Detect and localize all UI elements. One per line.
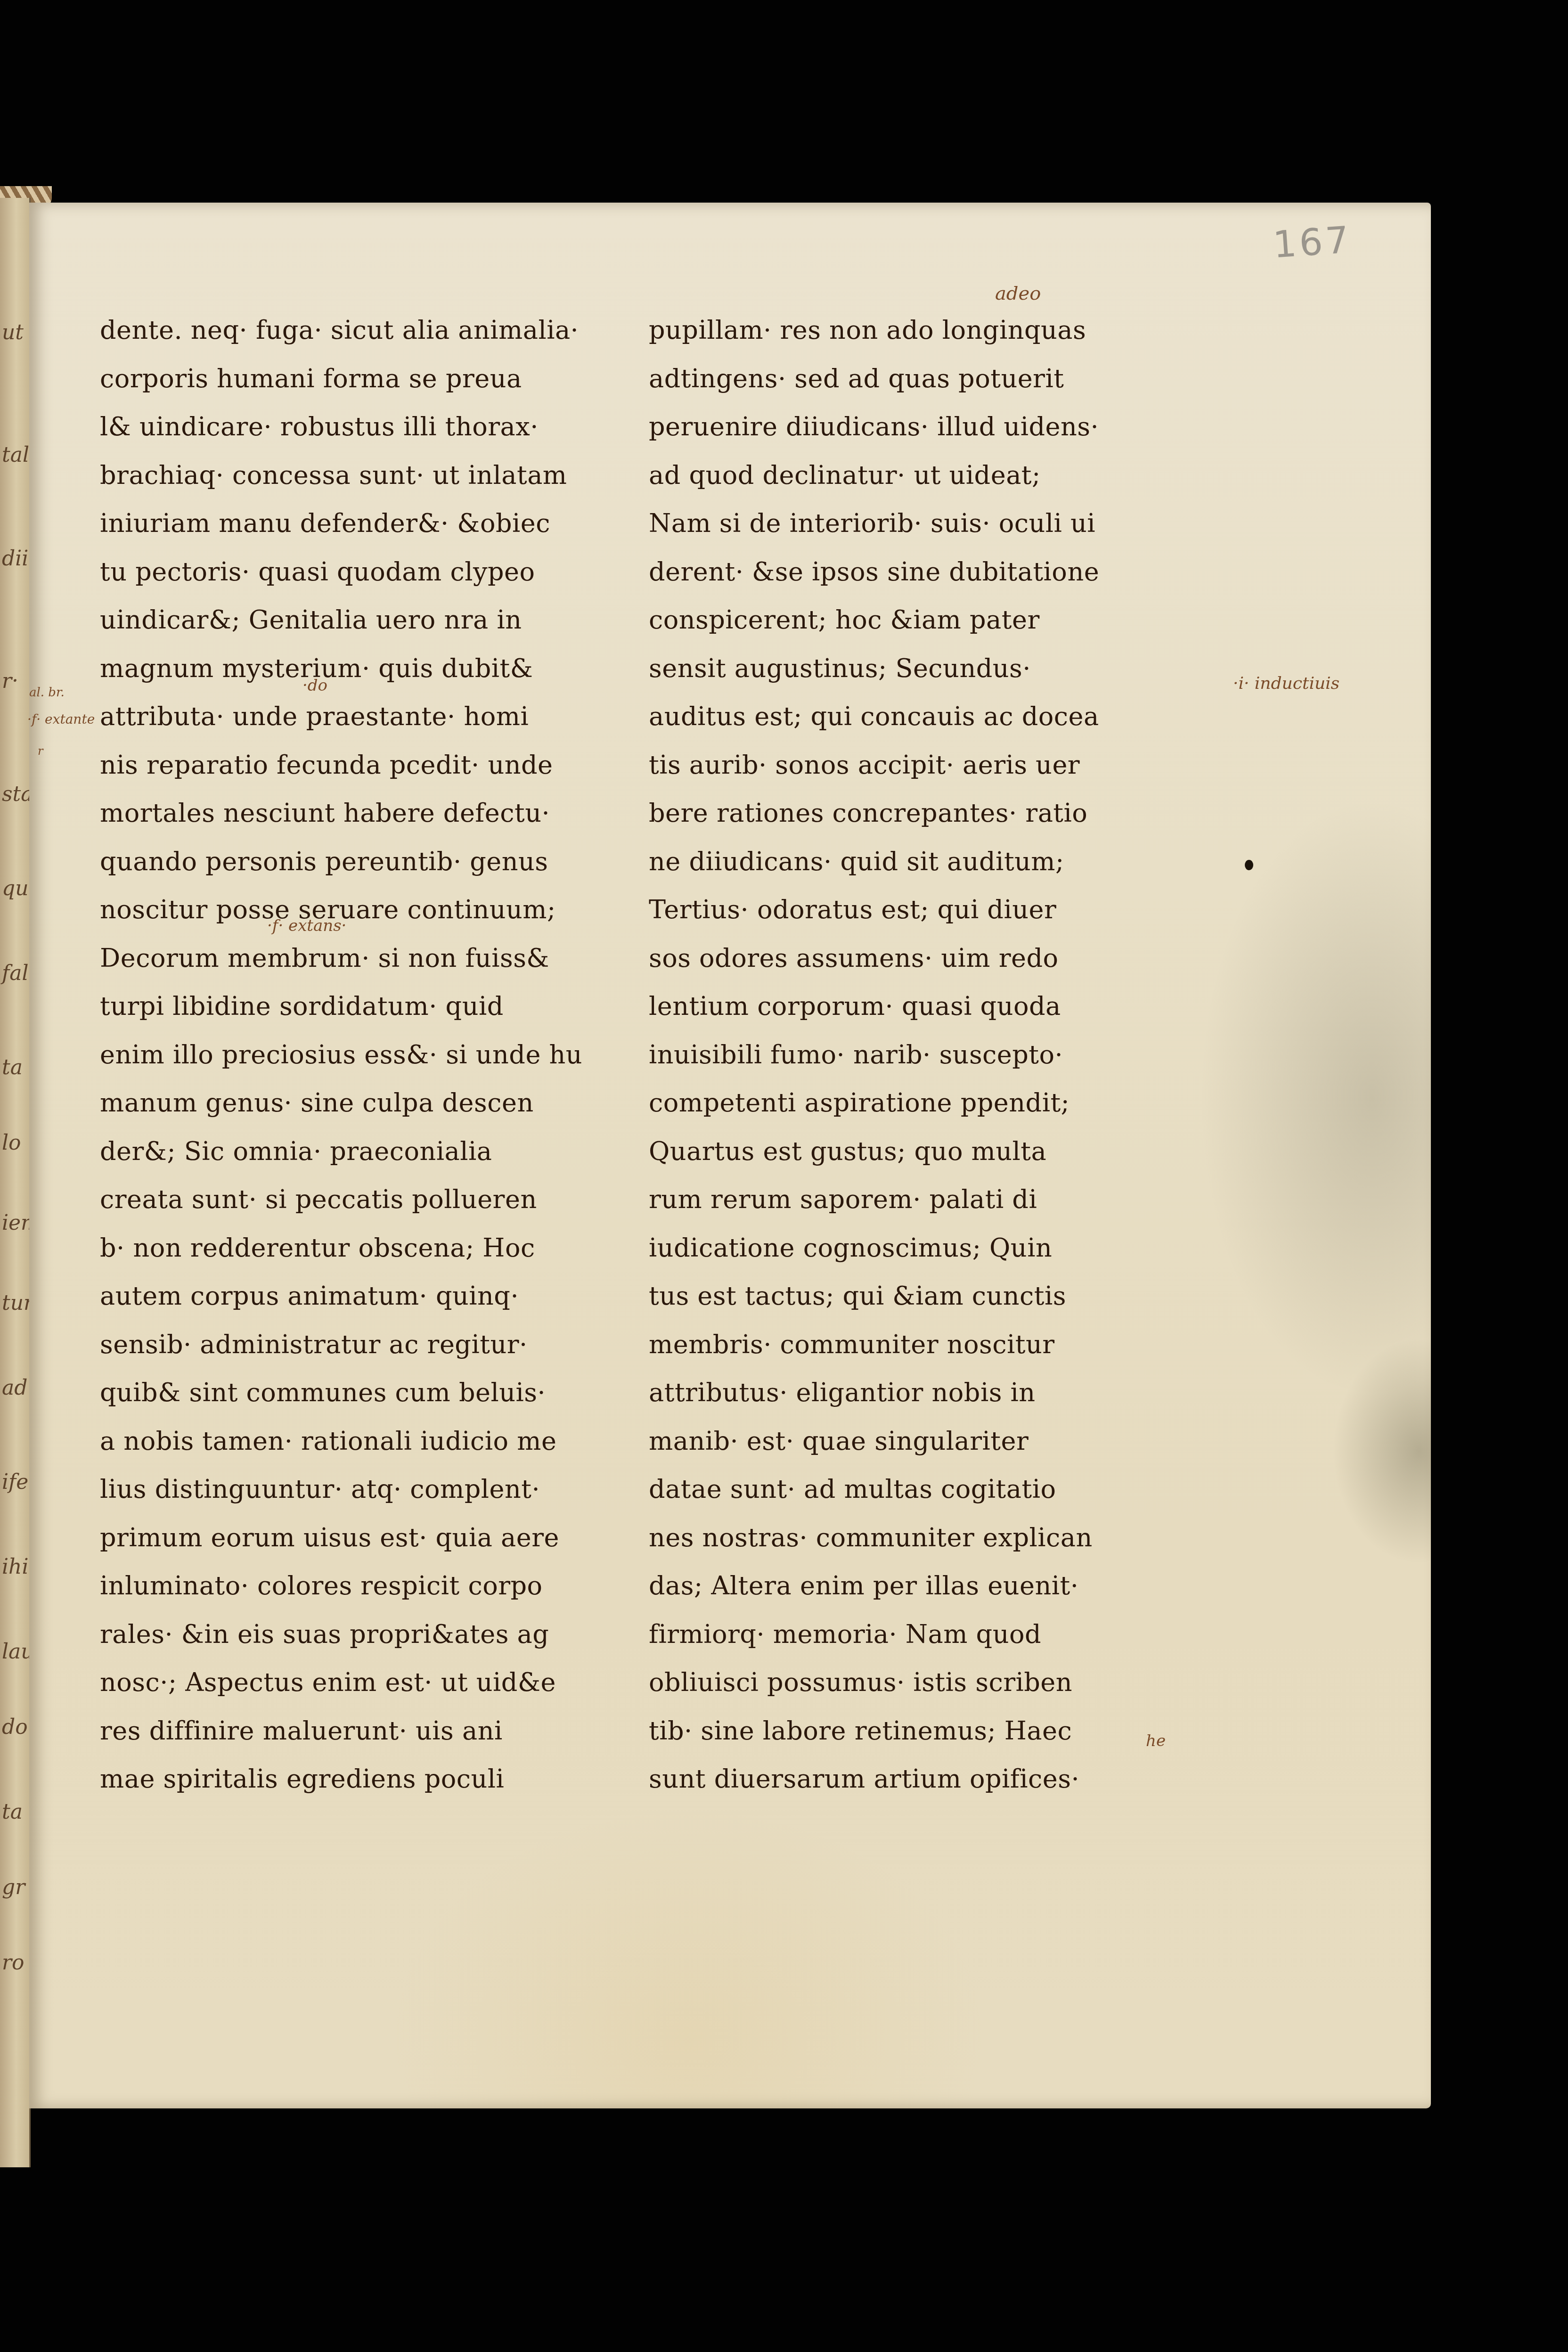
text-line: a nobis tamen· rationali iudicio me (100, 1417, 646, 1466)
text-line: membris· communiter noscitur (649, 1321, 1195, 1369)
marginal-gloss-left-2: ·f· extante (27, 711, 95, 727)
text-line: manib· est· quae singulariter (649, 1417, 1195, 1466)
text-line: corporis humani forma se preua (100, 355, 646, 403)
text-line: tib· sine labore retinemus; Haec (649, 1707, 1195, 1756)
text-line: mae spiritalis egrediens poculi (100, 1755, 646, 1804)
marginal-gloss-left-1: al. br. (29, 686, 65, 700)
marginal-gloss-right: ·i· inductiuis (1233, 674, 1339, 693)
text-line: bere rationes concrepantes· ratio (649, 789, 1195, 838)
text-line: dente. neq· fuga· sicut alia animalia· (100, 306, 646, 355)
text-line: rum rerum saporem· palati di (649, 1176, 1195, 1224)
text-line: magnum mysterium· quis dubit& (100, 645, 646, 693)
text-line: noscitur posse seruare continuum; (100, 886, 646, 934)
facing-fragment: dii (2, 547, 28, 571)
text-line: nis reparatio fecunda pcedit· unde (100, 741, 646, 790)
text-line: der&; Sic omnia· praeconialia (100, 1127, 646, 1176)
facing-fragment: ifer (2, 1470, 31, 1494)
text-line: auditus est; qui concauis ac docea (649, 693, 1195, 741)
text-line: res diffinire maluerunt· uis ani (100, 1707, 646, 1756)
text-line: Nam si de interiorib· suis· oculi ui (649, 499, 1195, 548)
folio-number: 167 (1272, 219, 1353, 266)
text-line: tus est tactus; qui &iam cunctis (649, 1272, 1195, 1321)
text-line: nes nostras· communiter explican (649, 1514, 1195, 1562)
text-line: sensib· administratur ac regitur· (100, 1321, 646, 1369)
text-line: Tertius· odoratus est; qui diuer (649, 886, 1195, 934)
text-line: lentium corporum· quasi quoda (649, 982, 1195, 1031)
text-line: quando personis pereuntib· genus (100, 838, 646, 886)
facing-fragment: r· (2, 669, 18, 693)
text-line: mortales nesciunt habere defectu· (100, 789, 646, 838)
text-line: manum genus· sine culpa descen (100, 1079, 646, 1127)
text-line: Quartus est gustus; quo multa (649, 1127, 1195, 1176)
text-column-left: dente. neq· fuga· sicut alia animalia· c… (100, 306, 646, 1804)
manuscript-viewer: ut tali dii r· stau· quing fali ta lo ie… (0, 0, 1568, 2352)
text-line: sensit augustinus; Secundus· (649, 645, 1195, 693)
text-line: conspicerent; hoc &iam pater (649, 596, 1195, 645)
text-line: rales· &in eis suas propri&ates ag (100, 1610, 646, 1659)
facing-fragment: ad (2, 1376, 27, 1400)
text-line: Decorum membrum· si non fuiss& (100, 934, 646, 983)
facing-fragment: ta (2, 1800, 23, 1824)
manuscript-page-recto: 167 adeo ·i· inductiuis al. br. ·f· exta… (29, 203, 1431, 2108)
text-line: attributa· unde praestante· homi (100, 693, 646, 741)
text-line: lius distinguuntur· atq· complent· (100, 1465, 646, 1514)
facing-fragment: tur (2, 1291, 31, 1315)
text-line: firmiorq· memoria· Nam quod (649, 1610, 1195, 1659)
marginal-gloss-left-3: r (38, 744, 43, 758)
ink-spot (1245, 860, 1253, 870)
text-line: tu pectoris· quasi quodam clypeo (100, 548, 646, 596)
text-line: inuisibili fumo· narib· suscepto· (649, 1031, 1195, 1079)
text-line: quib& sint communes cum beluis· (100, 1369, 646, 1417)
facing-fragment: ut (2, 320, 24, 344)
text-line: competenti aspiratione ppendit; (649, 1079, 1195, 1127)
text-line: das; Altera enim per illas euenit· (649, 1562, 1195, 1610)
text-line: datae sunt· ad multas cogitatio (649, 1465, 1195, 1514)
text-line: l& uindicare· robustus illi thorax· (100, 403, 646, 451)
facing-verso-page-edge: ut tali dii r· stau· quing fali ta lo ie… (0, 198, 31, 2167)
text-line: obliuisci possumus· istis scriben (649, 1658, 1195, 1707)
facing-fragment: ro (2, 1951, 24, 1975)
text-line: adtingens· sed ad quas potuerit (649, 355, 1195, 403)
text-line: attributus· eligantior nobis in (649, 1369, 1195, 1417)
facing-fragment: ihi (2, 1555, 28, 1579)
text-line: sos odores assumens· uim redo (649, 934, 1195, 983)
text-line: sunt diuersarum artium opifices· (649, 1755, 1195, 1804)
text-line: b· non redderentur obscena; Hoc (100, 1224, 646, 1273)
text-line: iniuriam manu defender&· &obiec (100, 499, 646, 548)
facing-fragment: fali (2, 961, 31, 985)
facing-fragment: lau (2, 1640, 31, 1664)
text-line: primum eorum uisus est· quia aere (100, 1514, 646, 1562)
facing-fragment: dou (2, 1715, 31, 1739)
text-line: ad quod declinatur· ut uideat; (649, 451, 1195, 500)
text-column-right: pupillam· res non ado longinquas adtinge… (649, 306, 1195, 1804)
text-line: ne diiudicans· quid sit auditum; (649, 838, 1195, 886)
interlinear-gloss-adeo: adeo (995, 283, 1041, 304)
facing-fragment: gr (2, 1875, 25, 1899)
text-line: peruenire diiudicans· illud uidens· (649, 403, 1195, 451)
text-line: nosc·; Aspectus enim est· ut uid&e (100, 1658, 646, 1707)
text-line: creata sunt· si peccatis pollueren (100, 1176, 646, 1224)
text-line: pupillam· res non ado longinquas (649, 306, 1195, 355)
text-line: turpi libidine sordidatum· quid (100, 982, 646, 1031)
text-line: tis aurib· sonos accipit· aeris uer (649, 741, 1195, 790)
facing-fragment: tali (2, 443, 31, 467)
facing-fragment: lo (2, 1131, 21, 1155)
text-line: uindicar&; Genitalia uero nra in (100, 596, 646, 645)
facing-fragment: ta (2, 1055, 23, 1079)
facing-fragment: stau· (2, 782, 31, 806)
text-line: iudicatione cognoscimus; Quin (649, 1224, 1195, 1273)
text-line: derent· &se ipsos sine dubitatione (649, 548, 1195, 596)
text-line: enim illo preciosius ess&· si unde hu (100, 1031, 646, 1079)
text-line: autem corpus animatum· quinq· (100, 1272, 646, 1321)
facing-fragment: quing (2, 876, 31, 900)
text-line: brachiaq· concessa sunt· ut inlatam (100, 451, 646, 500)
facing-fragment: iem (2, 1211, 31, 1235)
text-line: inluminato· colores respicit corpo (100, 1562, 646, 1610)
